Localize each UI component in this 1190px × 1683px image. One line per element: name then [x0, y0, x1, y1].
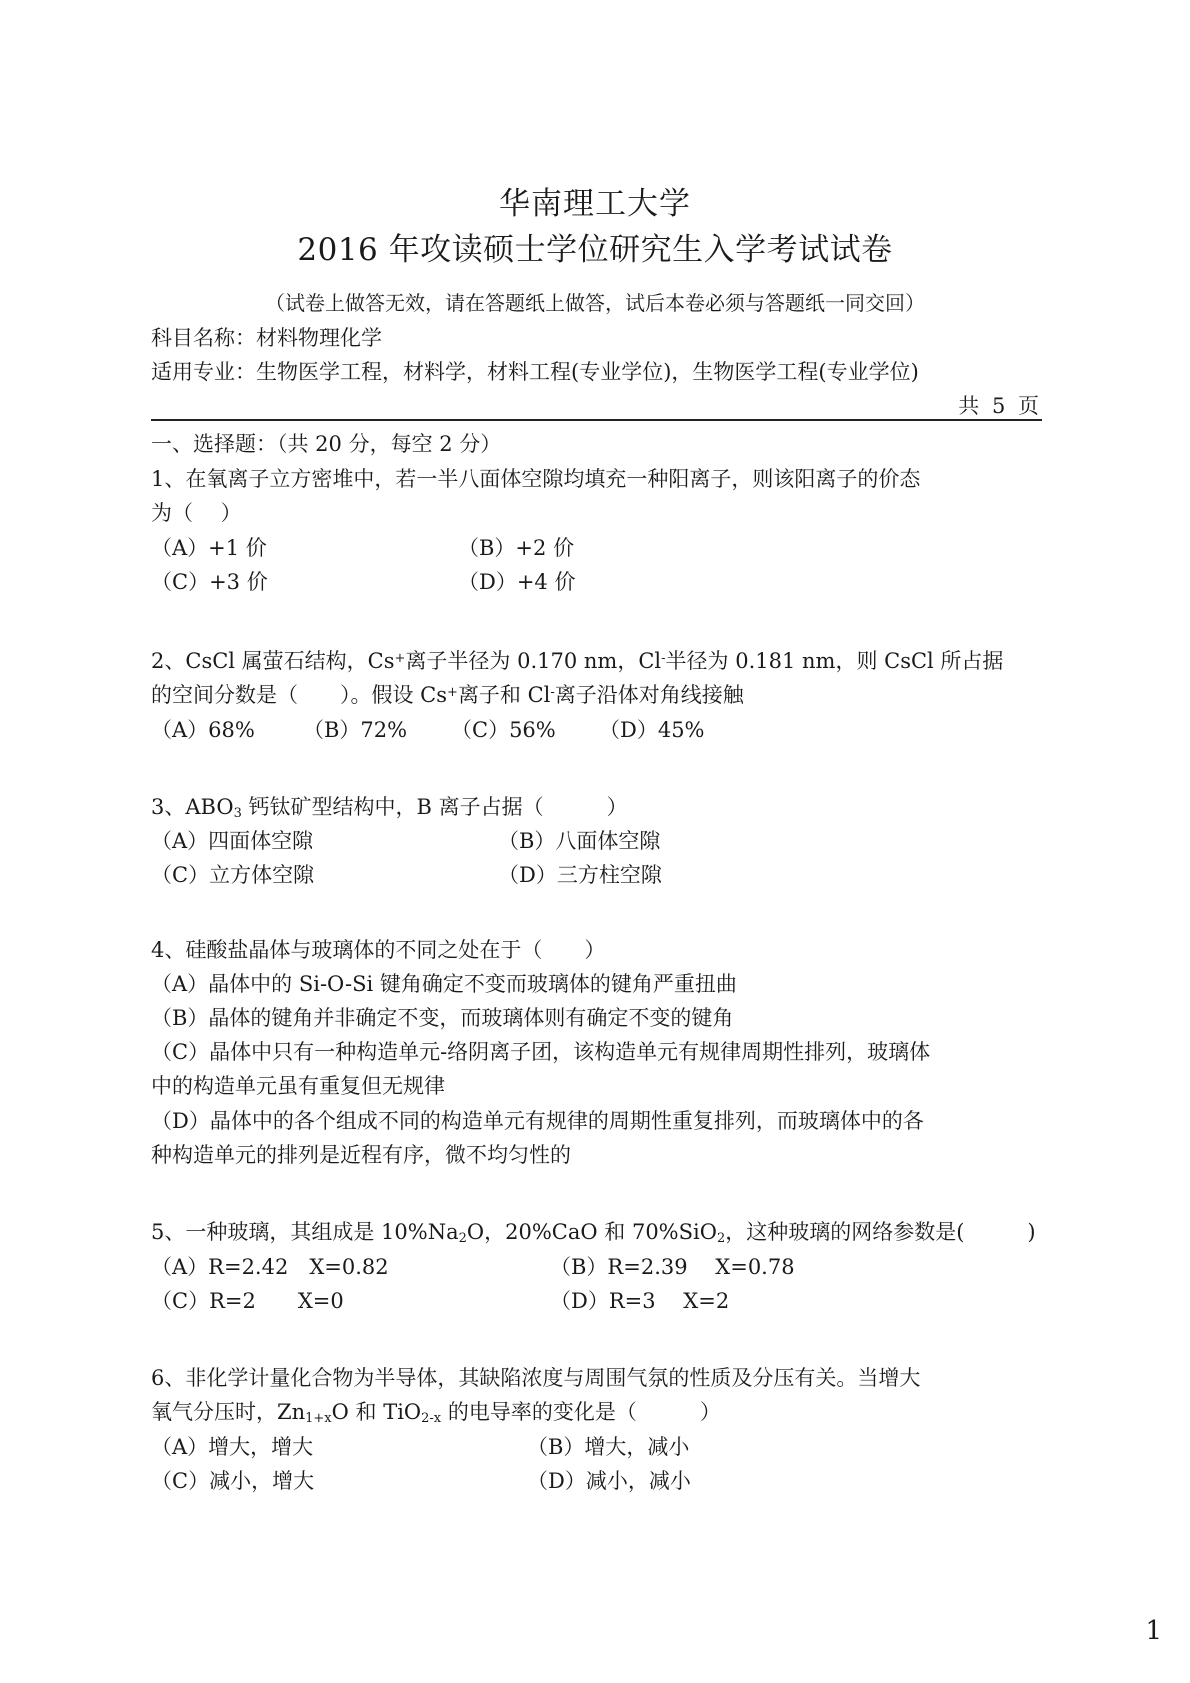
- question-4-option-d-cont: 种构造单元的排列是近程有序，微不均匀性的: [151, 1139, 571, 1169]
- section-title: 一、选择题：（共 20 分，每空 2 分）: [151, 428, 501, 458]
- question-text: 半径为 0.181 nm，则 CsCl 所占据: [666, 649, 1004, 673]
- question-1-option-a: （A）+1 价: [151, 532, 267, 562]
- exam-title: 2016 年攻读硕士学位研究生入学考试试卷: [0, 224, 1190, 269]
- question-text: 一种玻璃，其组成是 10%Na: [185, 1220, 458, 1244]
- question-text: 的电导率的变化是（ ）: [441, 1400, 721, 1424]
- question-3-option-c: （C）立方体空隙: [151, 859, 314, 889]
- question-number: 4、: [151, 938, 185, 962]
- question-3-option-b: （B）八面体空隙: [498, 825, 660, 855]
- question-text: CsCl 属萤石结构，Cs: [185, 649, 394, 673]
- question-text: 在氧离子立方密堆中，若一半八面体空隙均填充一种阳离子，则该阳离子的价态: [185, 467, 920, 491]
- question-number: 6、: [151, 1366, 185, 1390]
- question-2-option-a: （A）68%: [151, 714, 255, 744]
- question-4-option-b: （B）晶体的键角并非确定不变，而玻璃体则有确定不变的键角: [151, 1002, 733, 1032]
- question-5-option-b: （B）R=2.39 X=0.78: [550, 1251, 795, 1281]
- majors-list: 生物医学工程，材料学，材料工程(专业学位)，生物医学工程(专业学位): [256, 360, 919, 384]
- question-1-option-c: （C）+3 价: [151, 566, 268, 596]
- header-divider: [151, 419, 1042, 421]
- question-4-option-d: （D）晶体中的各个组成不同的构造单元有规律的周期性重复排列，而玻璃体中的各: [151, 1105, 924, 1135]
- exam-page: 华南理工大学 2016 年攻读硕士学位研究生入学考试试卷 （试卷上做答无效，请在…: [0, 0, 1190, 1683]
- university-name: 华南理工大学: [0, 178, 1190, 223]
- subscript: 2: [717, 1231, 725, 1246]
- subscript: 1+x: [305, 1411, 332, 1426]
- superscript: +: [447, 685, 458, 700]
- question-text: 硅酸盐晶体与玻璃体的不同之处在于（ ）: [185, 938, 605, 962]
- subject-label: 科目名称：: [151, 326, 256, 350]
- exam-notice: （试卷上做答无效，请在答题纸上做答，试后本卷必须与答题纸一同交回）: [0, 287, 1190, 316]
- question-4-line1: 4、硅酸盐晶体与玻璃体的不同之处在于（ ）: [151, 934, 605, 964]
- page-number: 1: [1145, 1616, 1162, 1646]
- question-number: 3、: [151, 795, 185, 819]
- page-count: 共 5 页: [958, 390, 1042, 420]
- question-text: 离子半径为 0.170 nm，Cl: [405, 649, 661, 673]
- question-2-line2: 的空间分数是（ ）。假设 Cs+离子和 Cl-离子沿体对角线接触: [151, 679, 744, 709]
- question-6-option-c: （C）减小，增大: [151, 1465, 314, 1495]
- majors-line: 适用专业：生物医学工程，材料学，材料工程(专业学位)，生物医学工程(专业学位): [151, 356, 919, 386]
- question-1-line2: 为（ ）: [151, 497, 242, 527]
- question-number: 2、: [151, 649, 185, 673]
- question-4-option-c-cont: 中的构造单元虽有重复但无规律: [151, 1070, 445, 1100]
- superscript: +: [395, 651, 406, 666]
- question-5-option-d: （D）R=3 X=2: [550, 1285, 729, 1315]
- question-1-line1: 1、在氧离子立方密堆中，若一半八面体空隙均填充一种阳离子，则该阳离子的价态: [151, 463, 920, 493]
- question-1-option-d: （D）+4 价: [458, 566, 575, 596]
- question-text: O，20%CaO 和 70%SiO: [467, 1220, 717, 1244]
- question-2-option-c: （C）56%: [451, 714, 556, 744]
- question-6-option-d: （D）减小，减小: [527, 1465, 691, 1495]
- question-4-option-a: （A）晶体中的 Si-O-Si 键角确定不变而玻璃体的键角严重扭曲: [151, 968, 737, 998]
- question-3-option-d: （D）三方柱空隙: [498, 859, 662, 889]
- question-text: ，这种玻璃的网络参数是( ): [725, 1220, 1035, 1244]
- majors-label: 适用专业：: [151, 360, 256, 384]
- question-2-option-d: （D）45%: [599, 714, 705, 744]
- question-6-option-a: （A）增大，增大: [151, 1431, 313, 1461]
- question-2-option-b: （B）72%: [303, 714, 407, 744]
- subscript: 3: [234, 806, 242, 821]
- subject-line: 科目名称：材料物理化学: [151, 322, 382, 352]
- question-3-line1: 3、ABO3 钙钛矿型结构中，B 离子占据（ ）: [151, 791, 628, 821]
- question-text: 离子沿体对角线接触: [555, 683, 744, 707]
- question-6-option-b: （B）增大，减小: [527, 1431, 689, 1461]
- question-1-option-b: （B）+2 价: [458, 532, 574, 562]
- question-5-option-c: （C）R=2 X=0: [151, 1285, 344, 1315]
- question-6-line1: 6、非化学计量化合物为半导体，其缺陷浓度与周围气氛的性质及分压有关。当增大: [151, 1362, 920, 1392]
- subscript: 2: [459, 1231, 467, 1246]
- question-2-line1: 2、CsCl 属萤石结构，Cs+离子半径为 0.170 nm，Cl-半径为 0.…: [151, 645, 1003, 675]
- question-text: 钙钛矿型结构中，B 离子占据（ ）: [242, 795, 628, 819]
- question-5-option-a: （A）R=2.42 X=0.82: [151, 1251, 389, 1281]
- question-text: O 和 TiO: [332, 1400, 422, 1424]
- question-number: 1、: [151, 467, 185, 491]
- question-5-line1: 5、一种玻璃，其组成是 10%Na2O，20%CaO 和 70%SiO2，这种玻…: [151, 1216, 1036, 1246]
- question-6-line2: 氧气分压时，Zn1+xO 和 TiO2-x 的电导率的变化是（ ）: [151, 1396, 721, 1426]
- subject-name: 材料物理化学: [256, 326, 382, 350]
- question-text: ABO: [185, 795, 233, 819]
- question-text: 非化学计量化合物为半导体，其缺陷浓度与周围气氛的性质及分压有关。当增大: [185, 1366, 920, 1390]
- question-number: 5、: [151, 1220, 185, 1244]
- subscript: 2-x: [421, 1411, 441, 1426]
- question-text: 的空间分数是（ ）。假设 Cs: [151, 683, 447, 707]
- question-3-option-a: （A）四面体空隙: [151, 825, 313, 855]
- question-text: 氧气分压时，Zn: [151, 1400, 305, 1424]
- question-text: 离子和 Cl: [458, 683, 550, 707]
- question-4-option-c: （C）晶体中只有一种构造单元-络阴离子团，该构造单元有规律周期性排列，玻璃体: [151, 1036, 930, 1066]
